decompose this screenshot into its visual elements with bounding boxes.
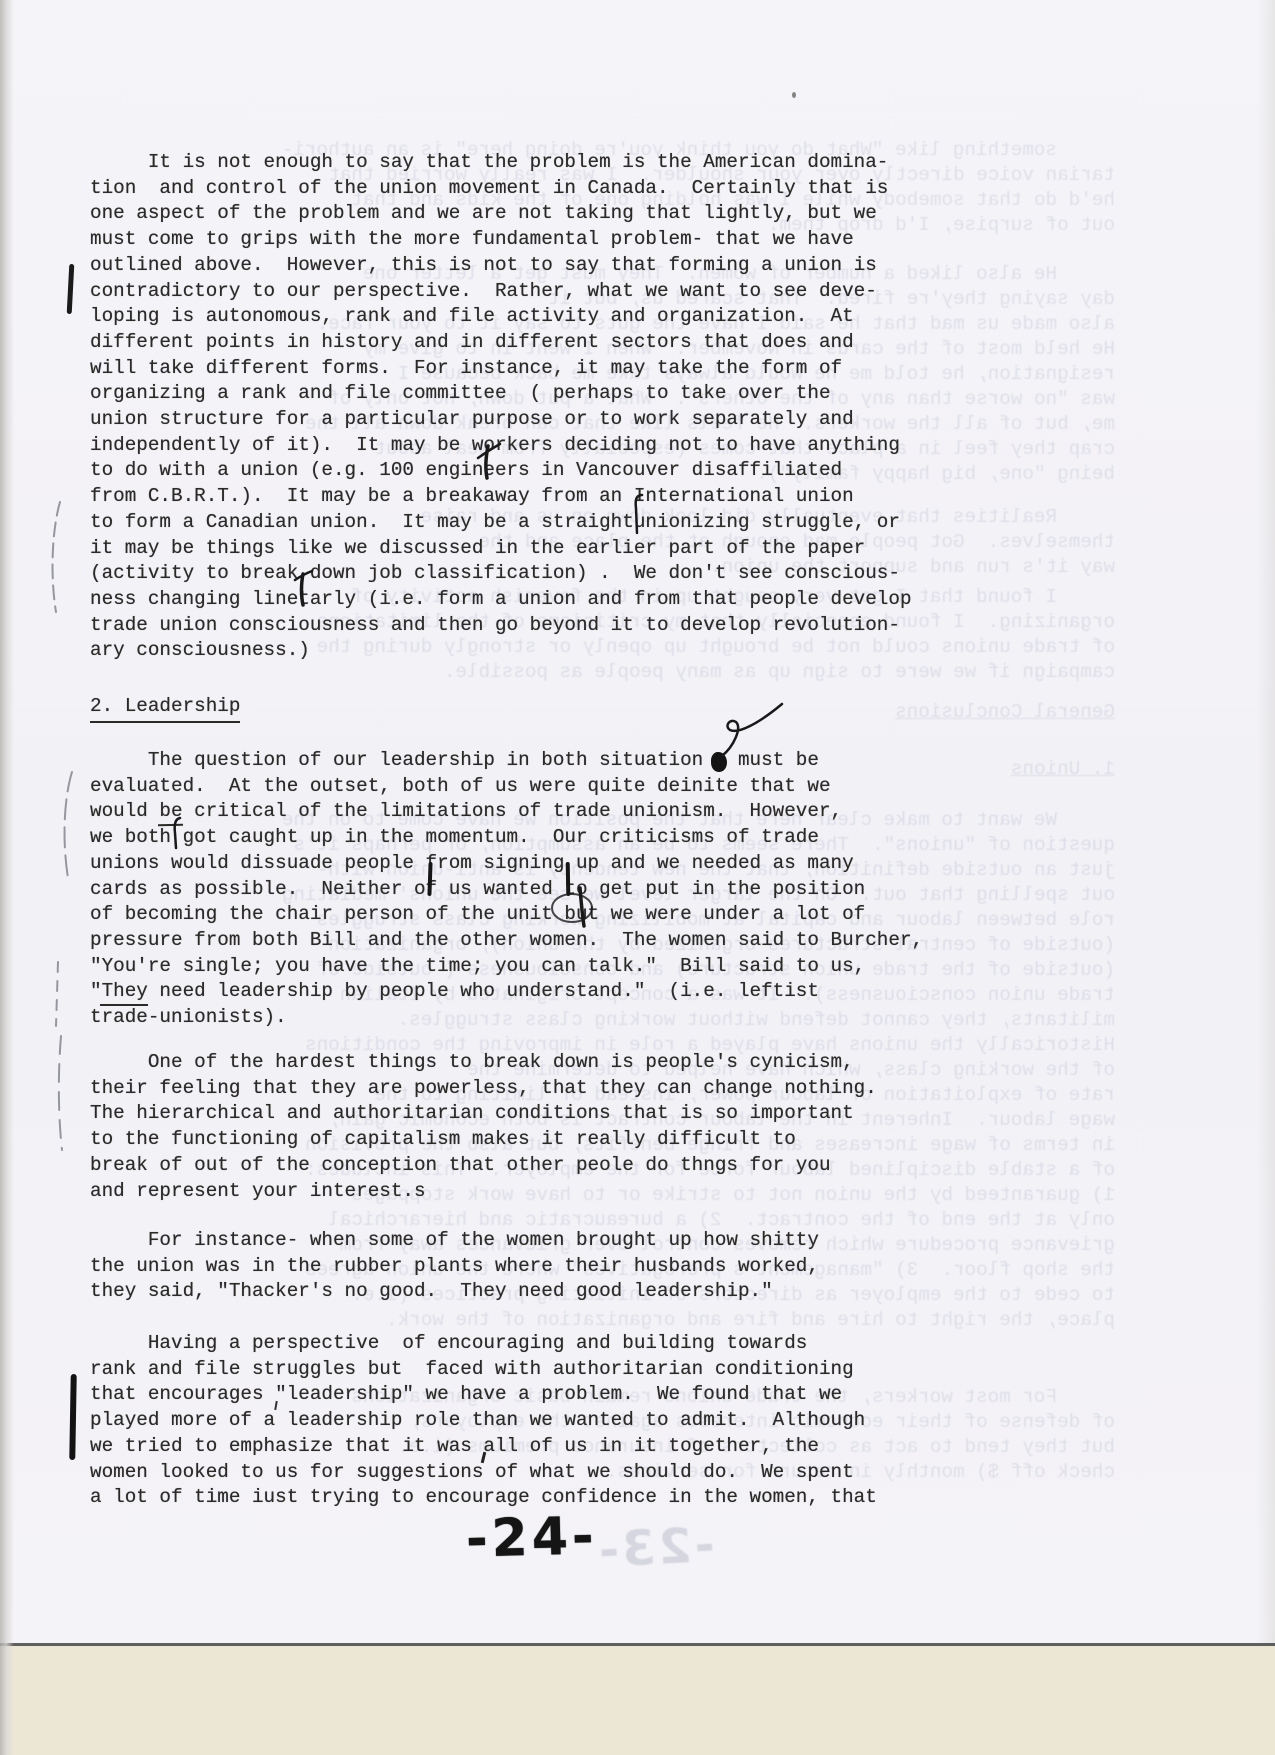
pencil-margin-dashes-icon — [50, 960, 66, 1030]
handwritten-margin-stroke-icon — [67, 264, 75, 314]
bleedthrough-line: 1. Unions — [1011, 757, 1115, 783]
handwritten-margin-stroke-2-icon — [69, 1374, 77, 1460]
bleedthrough-page-number: -23- — [595, 1517, 716, 1579]
section-heading-leadership: 2. Leadership — [90, 694, 240, 723]
pencil-margin-line-1-icon — [44, 500, 66, 615]
handwritten-correction-linearly-icon — [291, 568, 315, 608]
handwritten-page-number: -24- — [465, 1506, 598, 1569]
bleedthrough-line: General Conclusions — [895, 700, 1115, 726]
pencil-margin-line-2-icon — [52, 1034, 68, 1154]
paragraph-perspective: Having a perspective of encouraging and … — [90, 1331, 877, 1511]
handwritten-separator-straight-unionizing-icon — [630, 492, 646, 536]
bleedthrough-line: place, the right to hire and fire and or… — [386, 1308, 1115, 1334]
paragraph-cynicism: One of the hardest things to break down … — [90, 1050, 877, 1204]
stray-speck-icon — [792, 92, 796, 98]
paragraph-union-problem: It is not enough to say that the problem… — [90, 150, 912, 664]
scanner-backdrop — [0, 1646, 1275, 1755]
typed-underline-they-icon — [100, 1004, 148, 1006]
paragraph-rubber-plants: For instance- when some of the women bro… — [90, 1228, 819, 1305]
handwritten-circle-but-icon — [548, 886, 600, 928]
scan-right-shade — [1257, 0, 1275, 1645]
paragraph-leadership-question: The question of our leadership in both s… — [90, 748, 923, 1031]
handwritten-s-insert-icon — [694, 698, 786, 760]
handwritten-bracket-both-got-icon — [168, 815, 184, 851]
scanned-document: something like "What do you think you're… — [0, 0, 1275, 1755]
pencil-margin-line-3-icon — [56, 770, 78, 882]
handwritten-correction-engineers-icon — [474, 442, 502, 482]
paper-page: something like "What do you think you're… — [0, 0, 1275, 1645]
scan-left-edge — [0, 0, 14, 1755]
